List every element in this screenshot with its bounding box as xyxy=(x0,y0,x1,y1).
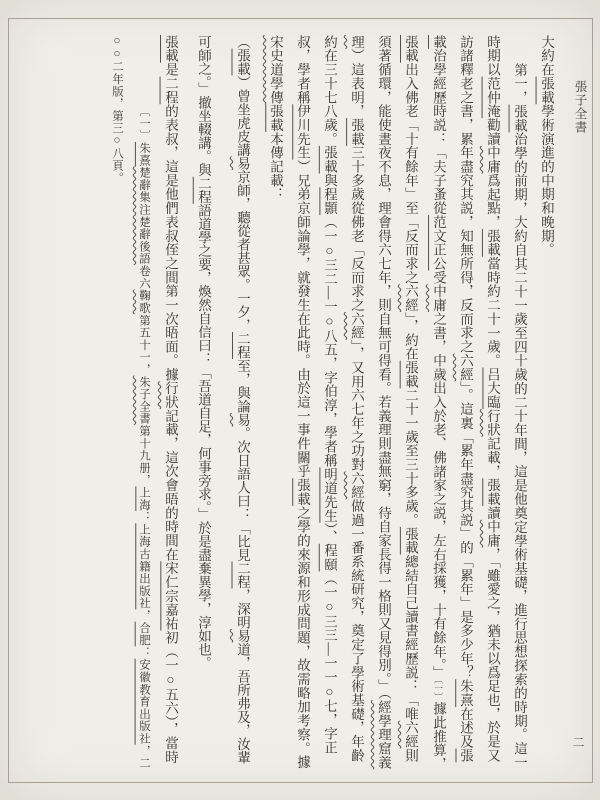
text-run: ，深明 xyxy=(235,589,250,630)
book-title-mark: 易 xyxy=(235,413,250,427)
book-title-mark: 中庸 xyxy=(431,284,446,312)
proper-name-mark: 朱熹 xyxy=(138,142,150,167)
book-title-mark: 中庸 xyxy=(485,520,500,548)
text-run: 讀 xyxy=(485,506,500,520)
text-run: 本傳記載： xyxy=(268,132,283,201)
proper-name-mark: 范仲淹 xyxy=(485,77,500,119)
text-run: 二十一歲至三十多歲。 xyxy=(403,388,418,527)
proper-name-mark: 張載 xyxy=(485,478,500,506)
main-text-block: 大約在張載學術演進的中期和晚期。 第一，張載治學的前期，大約自其二十一歲至四十歲… xyxy=(103,35,560,775)
book-title-mark: 易 xyxy=(235,157,250,171)
book-title-mark: 朱子全書 xyxy=(138,376,150,425)
book-title-mark: 六經 xyxy=(349,312,364,340)
text-run: 語道學之要，煥然自信曰：「吾道自足，何事旁求。」於是盡棄異學，淳如也。 xyxy=(196,204,211,670)
proper-name-mark: 上海 xyxy=(138,486,150,511)
proper-name-mark: 張載 xyxy=(349,118,364,146)
text-run: 」。這裏「累年盡究其説」的「累年」是多少年？ xyxy=(458,381,473,679)
text-run: 大約在 xyxy=(539,35,554,77)
text-run: （ xyxy=(235,35,250,49)
proper-name-mark: 吕大臨 xyxy=(485,367,500,409)
proper-name-mark: 張載 xyxy=(268,104,283,132)
scanned-book-page: 張子全書 二 大約在張載學術演進的中期和晚期。 第一，張載治學的前期，大約自其二… xyxy=(0,0,600,800)
text-run: ）這表明， xyxy=(349,49,364,118)
text-run: 三十多歲從佛老「反而求之 xyxy=(349,146,364,312)
proper-name-mark: 二程 xyxy=(196,177,211,204)
text-run: 總結自己讀書經歷説：「唯 xyxy=(403,555,418,721)
proper-name-mark: 張載 xyxy=(322,146,337,174)
proper-name-mark: 張載 xyxy=(485,229,500,257)
book-title-mark: 楚辭集注楚辭後語 xyxy=(138,167,150,265)
book-title-mark: 宋史道學傳 xyxy=(268,35,283,104)
text-run: 勸讀 xyxy=(485,118,500,146)
proper-name-mark: 明道先生 xyxy=(322,467,337,522)
text-run: 之學的來源和形成問題，故需略加考察。據 xyxy=(295,506,310,769)
book-title-mark: 六經 xyxy=(349,471,364,499)
proper-name-mark: 張載 xyxy=(235,49,250,76)
text-run: 治學經歷時説：「夫子蚤從 xyxy=(431,49,446,215)
text-run: 」，又用六七年之功對 xyxy=(349,340,364,472)
proper-name-mark: 伊川先生 xyxy=(295,104,310,159)
book-title-mark: 六經 xyxy=(403,721,418,749)
proper-name-mark: 合肥 xyxy=(138,622,150,647)
proper-name-mark: 張載 xyxy=(403,527,418,555)
paragraph-after-quote: 張載是二程的表叔，這是他們表叔侄之間第一次晤面。據行狀記載，這次會晤的時間在宋仁… xyxy=(157,35,184,775)
book-title-mark: 中庸 xyxy=(485,146,500,174)
book-title-mark: 行狀 xyxy=(485,409,500,437)
text-run: 爲起點， xyxy=(485,174,500,229)
running-book-title: 張子全書 xyxy=(571,80,589,134)
footnote-marker: 〔一〕 xyxy=(433,679,443,702)
text-run: ， xyxy=(138,609,150,621)
proper-name-mark: 朱熹 xyxy=(458,679,473,707)
text-run: 記載，這次會晤的時間在 xyxy=(163,409,178,561)
paragraph-continuation: 大約在張載學術演進的中期和晚期。 xyxy=(533,35,560,775)
text-run: 」，約在 xyxy=(403,312,418,361)
text-run: 的表叔，這是他們表叔侄之間第一次晤面。據 xyxy=(163,104,178,381)
proper-name-mark: 范文正公 xyxy=(431,215,446,270)
book-title-mark: 六經 xyxy=(403,284,418,312)
proper-name-mark: 張載 xyxy=(512,105,527,133)
text-run: 記載， xyxy=(485,437,500,479)
proper-name-mark: 二程 xyxy=(235,562,250,589)
proper-name-mark: 上海古籍出版社 xyxy=(138,523,150,609)
proper-name-mark: 宋仁宗嘉祐 xyxy=(163,561,178,630)
text-run: ）兄弟京師論學，就發生在此時。由於這一事件關乎 xyxy=(295,160,310,479)
text-run: 初（一○五六），當時 xyxy=(163,631,178,764)
text-run: 在述及 xyxy=(458,707,473,749)
book-title-mark: 鞠歌 xyxy=(138,290,150,315)
text-run: ： xyxy=(138,511,150,523)
text-run: 第十九册， xyxy=(138,425,150,487)
book-title-mark: 易 xyxy=(235,629,250,643)
text-run: 。次日語人曰：「比見 xyxy=(235,427,250,562)
book-title-mark: 行狀 xyxy=(163,381,178,409)
proper-name-mark: 程顥 xyxy=(322,187,337,215)
text-run: 出入佛老「十有餘年」至「反而求之 xyxy=(403,63,418,285)
text-run: 據此推算， xyxy=(431,702,446,771)
proper-name-mark: 二程 xyxy=(163,77,178,105)
text-run: ）曾坐虎皮講 xyxy=(235,76,250,157)
page-number: 二 xyxy=(570,736,587,748)
text-run: 第五十一， xyxy=(138,314,150,376)
proper-name-mark: 張載 xyxy=(163,35,178,63)
proper-name-mark: 張載 xyxy=(539,77,554,105)
text-run: 京師，聽從者甚眾。一夕， xyxy=(235,170,250,332)
text-run: 卷六 xyxy=(138,265,150,290)
text-run: 至，與論 xyxy=(235,359,250,413)
text-run: 是 xyxy=(163,63,178,77)
text-run: 當時約二十一歲。 xyxy=(485,257,500,368)
proper-name-mark: 張載 xyxy=(403,35,418,63)
proper-name-mark: 二程 xyxy=(235,332,250,359)
text-run: ）、 xyxy=(322,523,337,544)
footnote: 〔一〕朱熹楚辭集注楚辭後語卷六鞠歌第五十一，朱子全書第十九册，上海：上海古籍出版… xyxy=(103,35,157,775)
text-run: 之書，中歲出入於老、佛諸家之説，左右採獲，十有餘年。」 xyxy=(431,312,446,679)
block-quote-songshi: （張載）曾坐虎皮講易京師，聽從者甚眾。一夕，二程至，與論易。次日語人曰：「比見二… xyxy=(184,35,262,775)
text-run: 學術演進的中期和晚期。 xyxy=(539,104,554,256)
proper-name-mark: 張載 xyxy=(403,361,418,389)
text-run: ： xyxy=(138,646,150,658)
paragraph-main: 第一，張載治學的前期，大約自其二十一歲至四十歲的二十年間，這是他奠定學術基礎，進… xyxy=(262,35,533,775)
proper-name-mark: 安徽教育出版社 xyxy=(138,659,150,745)
proper-name-mark: 張載 xyxy=(295,478,310,506)
text-run: 第一， xyxy=(512,63,527,105)
text-run: 與 xyxy=(322,174,337,188)
text-run: 受 xyxy=(431,270,446,284)
proper-name-mark: 程頤 xyxy=(322,544,337,572)
text-run: （一○三二—一○八五，字伯淳，學者稱 xyxy=(322,215,337,467)
book-title-mark: 六經 xyxy=(458,354,473,382)
text-run: 〔一〕 xyxy=(138,105,150,142)
